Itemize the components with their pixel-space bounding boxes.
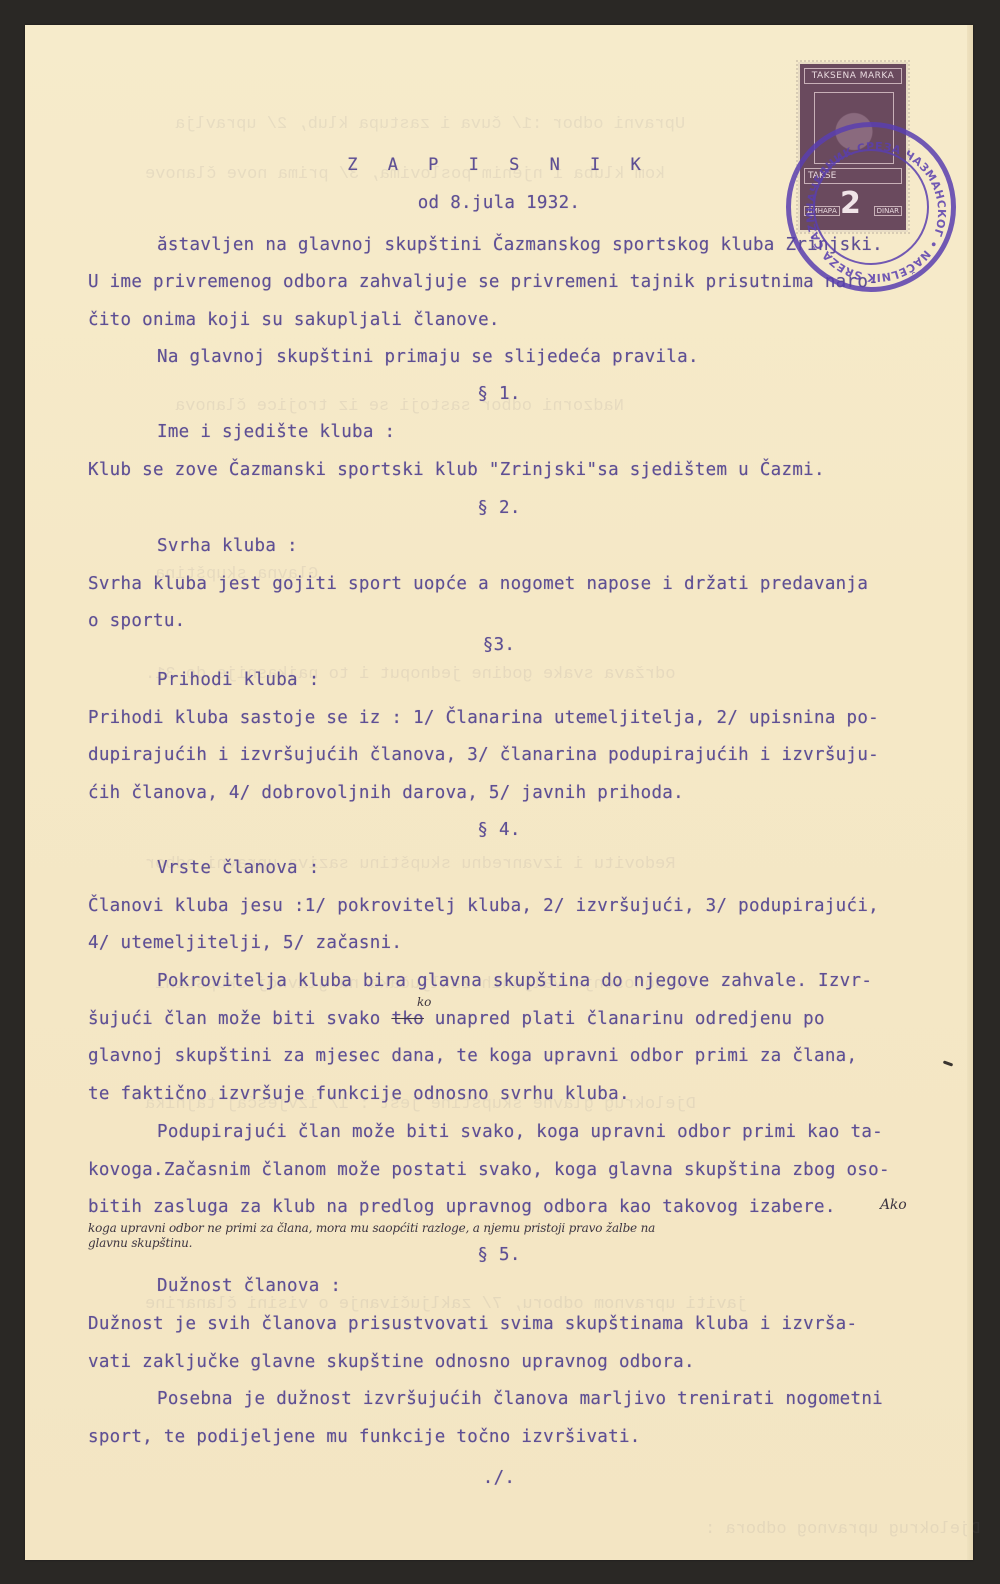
paragraph-line: kovoga.Začasnim članom može postati svak… [88,1160,890,1180]
section-mark: §3. [25,635,973,655]
section-body-line: Članovi kluba jesu :1/ pokrovitelj kluba… [88,896,879,916]
section-body-line: vati zaključke glavne skupštine odnosno … [88,1352,695,1372]
section-heading: Dužnost članova : [157,1276,341,1296]
section-body-line: o sportu. [88,611,186,631]
handwritten-note: Ako [880,1197,906,1213]
intro-line: Na glavnoj skupštini primaju se slijedeć… [157,347,699,367]
section-body-line: Svrha kluba jest gojiti sport uopće a no… [88,574,868,594]
section-mark: § 1. [25,384,973,404]
text-segment: unapred plati članarinu odredjenu po [424,1009,825,1029]
official-seal: НАЧЕЛНИК СРЕЗА ЧАЗМАНСКОГ • NAČELNIK SRE… [786,122,956,292]
paragraph-line: sport, te podijeljene mu funkcije točno … [88,1427,641,1447]
section-body-line: Dužnost je svih članova prisustvovati sv… [88,1314,857,1334]
section-heading: Svrha kluba : [157,536,298,556]
section-heading: Prihodi kluba : [157,670,320,690]
section-body-line: dupirajućih i izvršujućih članova, 3/ čl… [88,745,879,765]
section-heading: Vrste članova : [157,858,320,878]
paragraph-line: Posebna je dužnost izvršujućih članova m… [157,1389,883,1409]
svg-text:НАЧЕЛНИК СРЕЗА ЧАЗМАНСКОГ • NA: НАЧЕЛНИК СРЕЗА ЧАЗМАНСКОГ • NAČELNIK SRE… [791,127,948,284]
paragraph-line: bitih zasluga za klub na predlog upravno… [88,1197,836,1217]
bleed-through-text: javiti upravnom odboru, 7/ zaključivanje… [145,1295,747,1314]
margin-mark [943,1060,953,1066]
tax-stamp-label: TAKSENA MARKA [804,68,902,84]
text-segment: šujući član može biti svako [88,1009,391,1029]
section-mark: § 5. [25,1245,973,1265]
intro-line: U ime privremenog odbora zahvaljuje se p… [88,272,879,292]
section-body-line: ćih članova, 4/ dobrovoljnih darova, 5/ … [88,783,684,803]
intro-line: čito onima koji su sakupljali članove. [88,310,500,330]
struck-text: tko [391,1009,424,1029]
continuation-mark: ./. [25,1468,973,1488]
section-body-line: 4/ utemeljitelji, 5/ začasni. [88,933,402,953]
handwritten-note: koga upravni odbor ne primi za člana, mo… [88,1221,655,1235]
section-mark: § 4. [25,820,973,840]
section-body-line: Klub se zove Čazmanski sportski klub "Zr… [88,460,825,480]
paragraph-line: šujući član može biti svako tko unapred … [88,1009,825,1029]
section-mark: § 2. [25,498,973,518]
bleed-through-text: Djelokrug upravnog odbora : [705,1520,980,1539]
intro-line: ăstavljen na glavnoj skupštini Čazmansko… [157,235,883,255]
bleed-through-text: Upravni odbor :1/ čuva i zastupa klub, 2… [175,115,685,134]
section-body-line: Prihodi kluba sastoje se iz : 1/ Članari… [88,708,879,728]
paragraph-line: glavnoj skupštini za mjesec dana, te kog… [88,1046,857,1066]
paragraph-line: Pokrovitelja kluba bira glavna skupština… [157,971,872,991]
handwritten-insertion: ko [417,995,431,1009]
paragraph-line: Podupirajući član može biti svako, koga … [157,1122,883,1142]
seal-ring-text: НАЧЕЛНИК СРЕЗА ЧАЗМАНСКОГ • NAČELNIK SRE… [791,127,961,297]
paragraph-line: te faktično izvršuje funkcije odnosno sv… [88,1084,630,1104]
section-heading: Ime i sjedište kluba : [157,422,395,442]
